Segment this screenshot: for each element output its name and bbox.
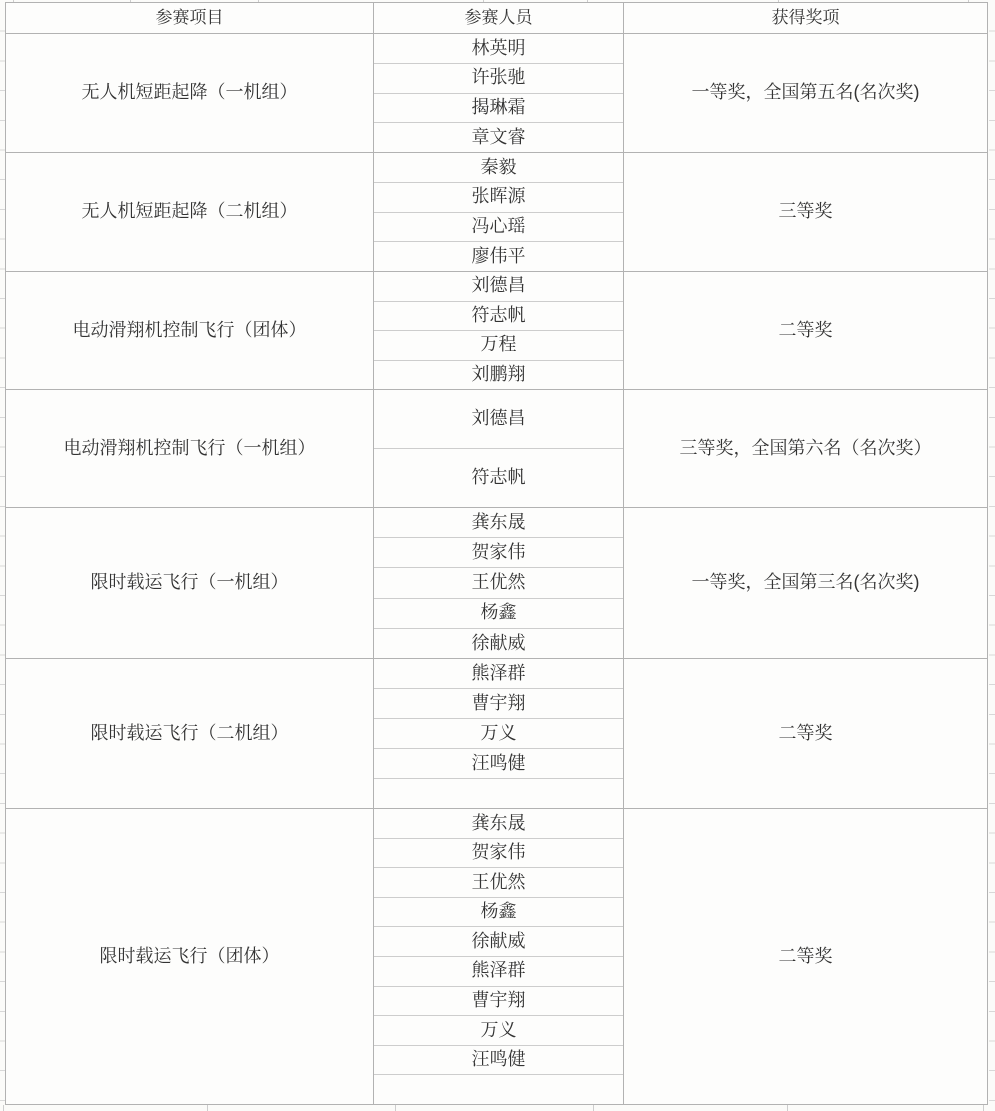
award-cell: 一等奖，全国第五名(名次奖): [624, 34, 987, 152]
project-cell: 无人机短距起降（一机组）: [6, 34, 374, 152]
project-cell: 电动滑翔机控制飞行（一机组）: [6, 390, 374, 507]
member-cell: 揭琳霜: [374, 94, 623, 124]
gridline-tick: [3, 1105, 4, 1111]
header-award: 获得奖项: [624, 3, 987, 33]
member-cell: 徐献威: [374, 629, 623, 658]
member-cell: 贺家伟: [374, 839, 623, 869]
members-column: 林英明 许张驰 揭琳霜 章文睿: [374, 34, 624, 152]
table-row: 电动滑翔机控制飞行（一机组） 刘德昌 符志帆 三等奖，全国第六名（名次奖）: [6, 390, 987, 508]
project-cell: 无人机短距起降（二机组）: [6, 153, 374, 271]
members-column: 秦毅 张晖源 冯心瑶 廖伟平: [374, 153, 624, 271]
header-members: 参赛人员: [374, 3, 624, 33]
member-cell: 万义: [374, 719, 623, 749]
member-cell: 曹宇翔: [374, 689, 623, 719]
member-cell: 符志帆: [374, 302, 623, 332]
members-column: 刘德昌 符志帆 万程 刘鹏翔: [374, 272, 624, 389]
member-cell-empty: [374, 1075, 623, 1104]
member-cell: 符志帆: [374, 449, 623, 507]
member-cell: 刘鹏翔: [374, 361, 623, 390]
award-cell: 二等奖: [624, 659, 987, 808]
member-cell: 曹宇翔: [374, 987, 623, 1017]
member-cell: 贺家伟: [374, 538, 623, 568]
members-column: 熊泽群 曹宇翔 万义 汪鸣健: [374, 659, 624, 808]
member-cell: 王优然: [374, 868, 623, 898]
spreadsheet-area: 参赛项目 参赛人员 获得奖项 无人机短距起降（一机组） 林英明 许张驰 揭琳霜 …: [0, 0, 995, 1111]
table-row: 限时载运飞行（一机组） 龚东晟 贺家伟 王优然 杨鑫 徐献威 一等奖，全国第三名…: [6, 508, 987, 659]
member-cell: 张晖源: [374, 183, 623, 213]
member-cell-empty: [374, 779, 623, 808]
member-cell: 熊泽群: [374, 659, 623, 689]
table-row: 限时载运飞行（二机组） 熊泽群 曹宇翔 万义 汪鸣健 二等奖: [6, 659, 987, 809]
project-cell: 限时载运飞行（一机组）: [6, 508, 374, 658]
member-cell: 汪鸣健: [374, 749, 623, 779]
partial-row-below: [0, 1105, 995, 1111]
project-cell: 限时载运飞行（团体）: [6, 809, 374, 1104]
gridline-tick: [983, 1105, 984, 1111]
table-row: 电动滑翔机控制飞行（团体） 刘德昌 符志帆 万程 刘鹏翔 二等奖: [6, 272, 987, 390]
member-cell: 章文睿: [374, 123, 623, 152]
members-column: 龚东晟 贺家伟 王优然 杨鑫 徐献威 熊泽群 曹宇翔 万义 汪鸣健: [374, 809, 624, 1104]
award-cell: 三等奖: [624, 153, 987, 271]
award-cell: 三等奖，全国第六名（名次奖）: [624, 390, 987, 507]
member-cell: 龚东晟: [374, 809, 623, 839]
member-cell: 刘德昌: [374, 390, 623, 449]
member-cell: 龚东晟: [374, 508, 623, 538]
member-cell: 刘德昌: [374, 272, 623, 302]
member-cell: 汪鸣健: [374, 1046, 623, 1076]
member-cell: 王优然: [374, 568, 623, 598]
member-cell: 林英明: [374, 34, 623, 64]
member-cell: 廖伟平: [374, 242, 623, 271]
member-cell: 杨鑫: [374, 599, 623, 629]
right-gridline-sliver: [989, 2, 995, 1105]
awards-table: 参赛项目 参赛人员 获得奖项 无人机短距起降（一机组） 林英明 许张驰 揭琳霜 …: [5, 2, 988, 1105]
member-cell: 冯心瑶: [374, 213, 623, 243]
header-row: 参赛项目 参赛人员 获得奖项: [6, 3, 987, 34]
gridline-tick: [207, 1105, 208, 1111]
member-cell: 许张驰: [374, 64, 623, 94]
gridline-tick: [787, 1105, 788, 1111]
table-row: 限时载运飞行（团体） 龚东晟 贺家伟 王优然 杨鑫 徐献威 熊泽群 曹宇翔 万义…: [6, 809, 987, 1104]
gridline-tick: [593, 1105, 594, 1111]
members-column: 刘德昌 符志帆: [374, 390, 624, 507]
gridline-tick: [395, 1105, 396, 1111]
member-cell: 万义: [374, 1016, 623, 1046]
award-cell: 二等奖: [624, 272, 987, 389]
award-cell: 二等奖: [624, 809, 987, 1104]
member-cell: 秦毅: [374, 153, 623, 183]
members-column: 龚东晟 贺家伟 王优然 杨鑫 徐献威: [374, 508, 624, 658]
table-row: 无人机短距起降（一机组） 林英明 许张驰 揭琳霜 章文睿 一等奖，全国第五名(名…: [6, 34, 987, 153]
project-cell: 电动滑翔机控制飞行（团体）: [6, 272, 374, 389]
member-cell: 万程: [374, 331, 623, 361]
member-cell: 徐献威: [374, 927, 623, 957]
member-cell: 熊泽群: [374, 957, 623, 987]
member-cell: 杨鑫: [374, 898, 623, 928]
header-project: 参赛项目: [6, 3, 374, 33]
project-cell: 限时载运飞行（二机组）: [6, 659, 374, 808]
table-row: 无人机短距起降（二机组） 秦毅 张晖源 冯心瑶 廖伟平 三等奖: [6, 153, 987, 272]
award-cell: 一等奖，全国第三名(名次奖): [624, 508, 987, 658]
